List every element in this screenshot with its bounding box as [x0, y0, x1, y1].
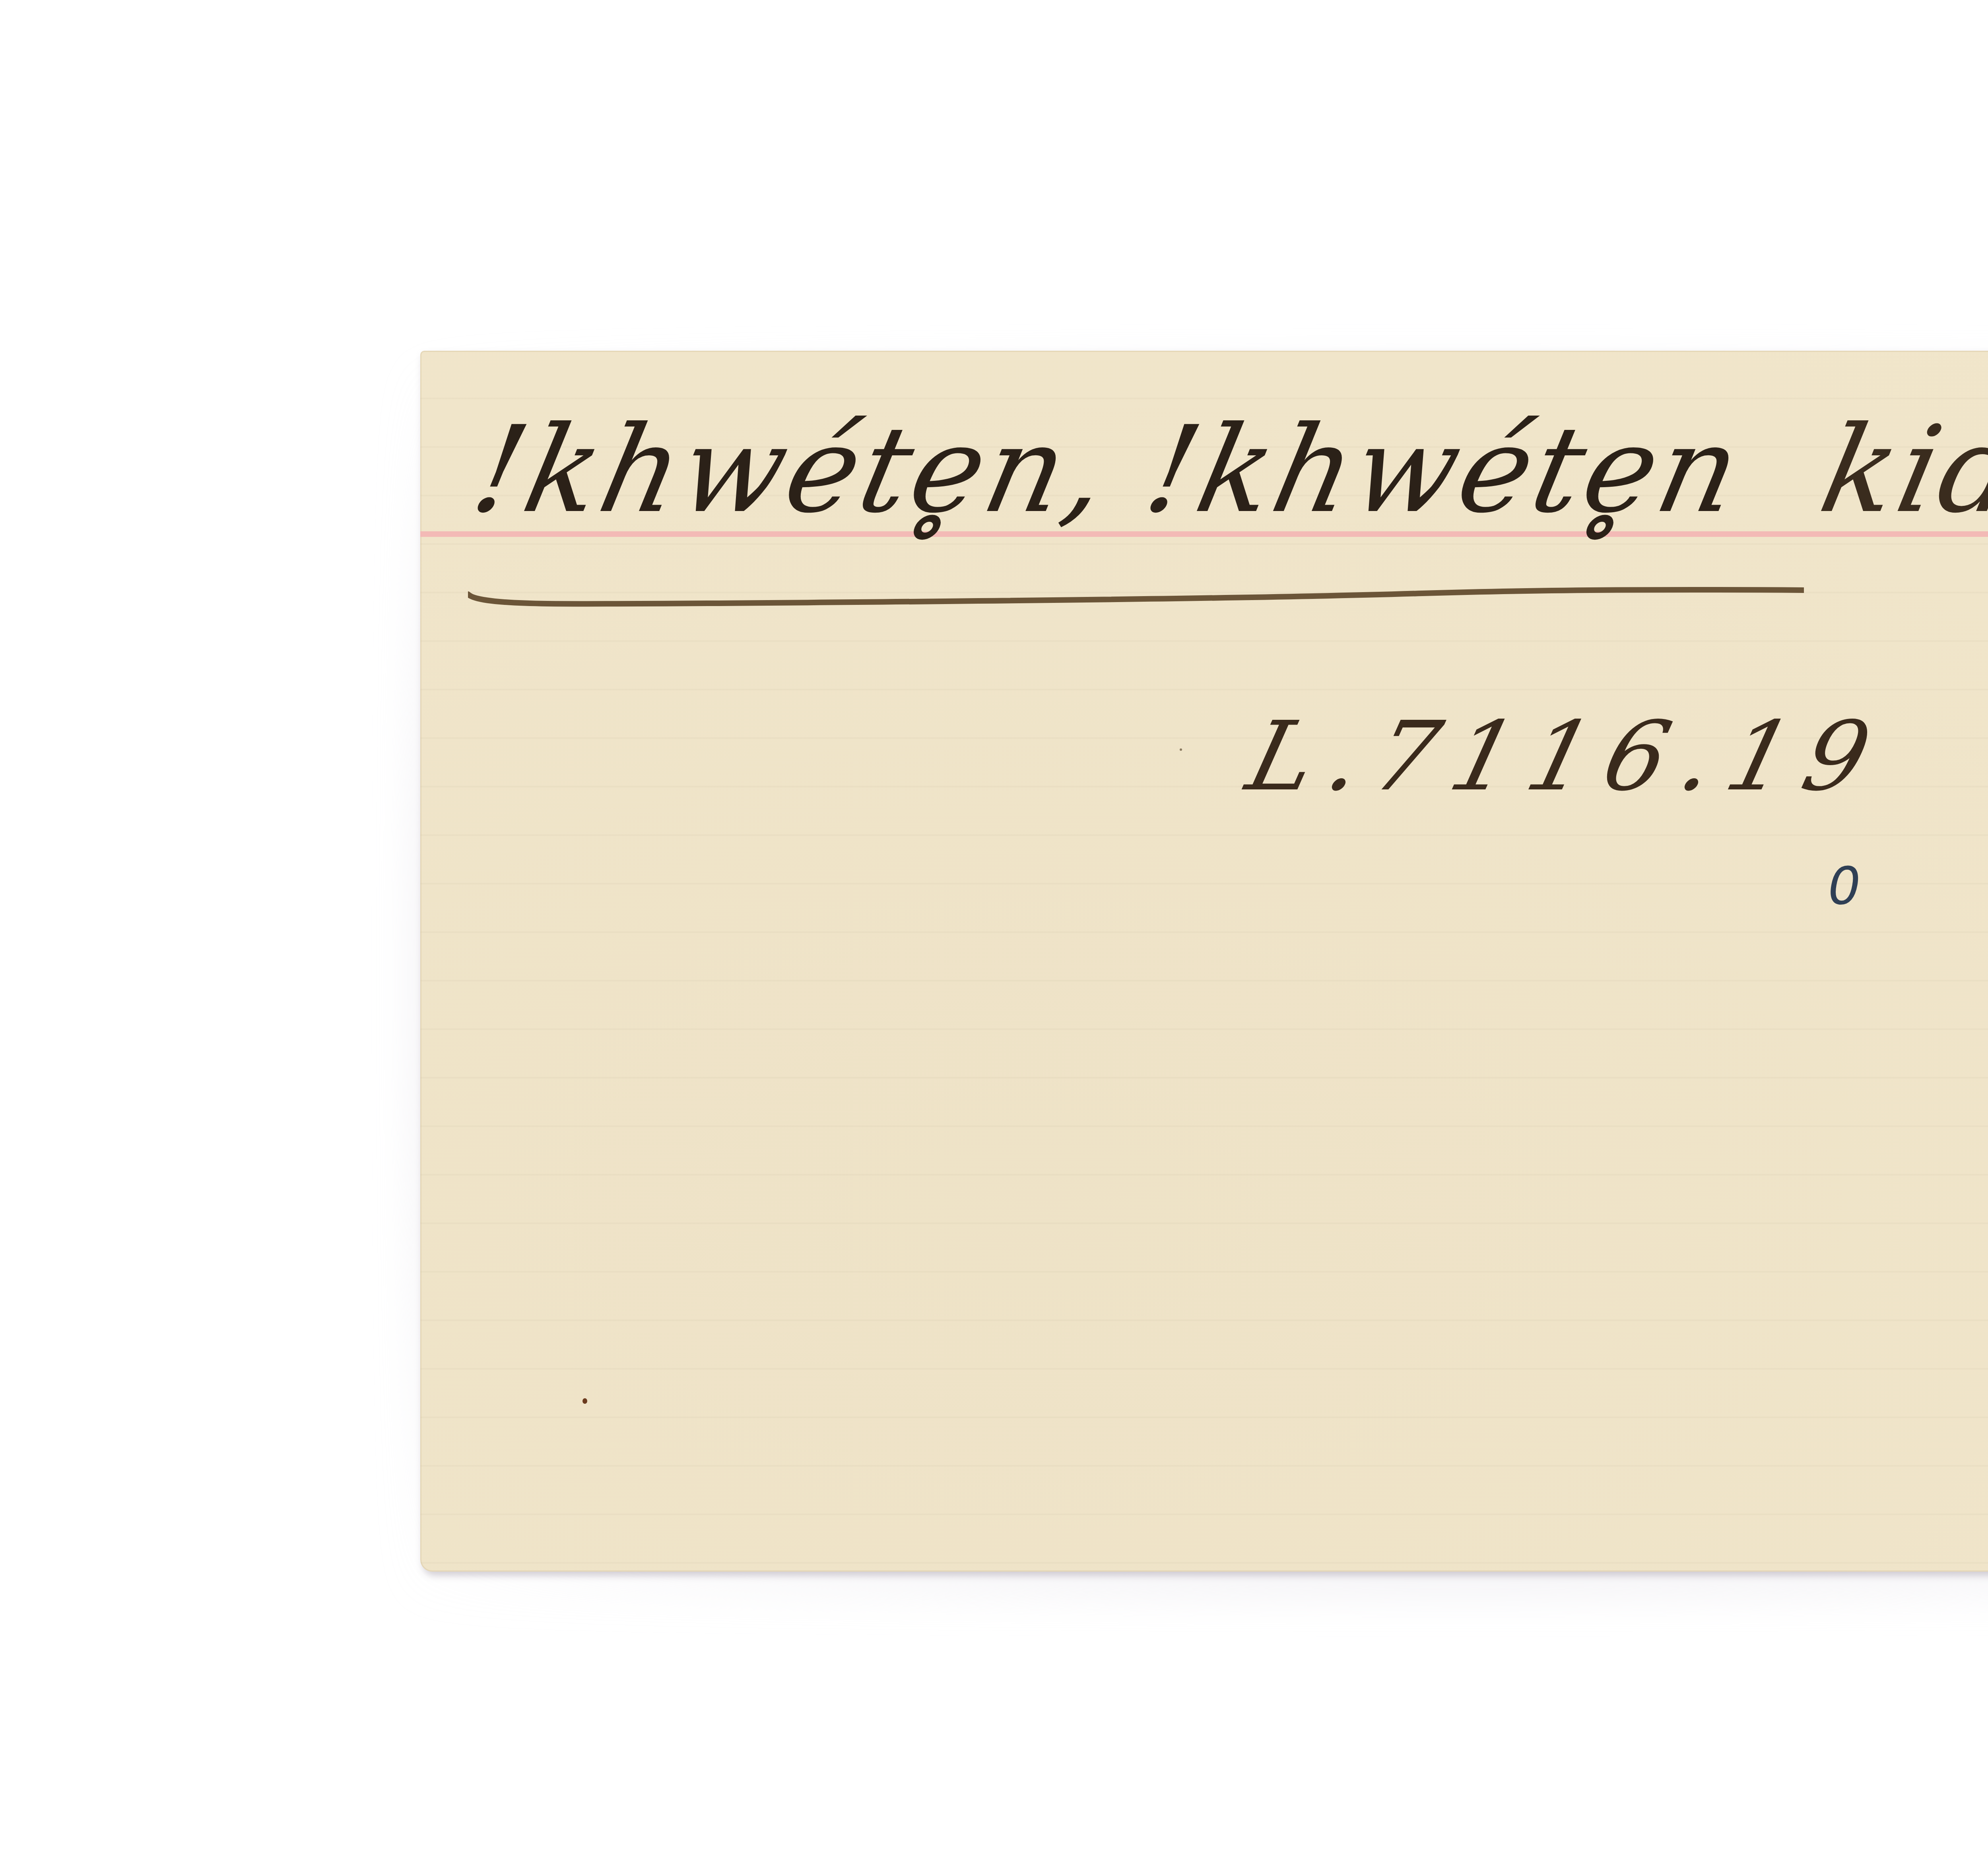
index-card: !khwéte̥n, !khwéte̥n kidneys L.7116.19 0: [420, 351, 1988, 1572]
annotation-mark: 0: [1823, 856, 1866, 916]
ink-speck: [1180, 748, 1182, 751]
headword-gloss: kidneys: [1810, 400, 1988, 539]
headword-underline: [468, 585, 1804, 609]
headword-term-1: !khwéte̥n,: [462, 400, 1123, 539]
ink-speck: [582, 1398, 587, 1404]
headword-line: !khwéte̥n, !khwéte̥n kidneys: [464, 410, 1988, 530]
headword-term-2: !khwéte̥n: [1135, 400, 1755, 539]
reference-number: L.7116.19: [1237, 701, 1897, 812]
